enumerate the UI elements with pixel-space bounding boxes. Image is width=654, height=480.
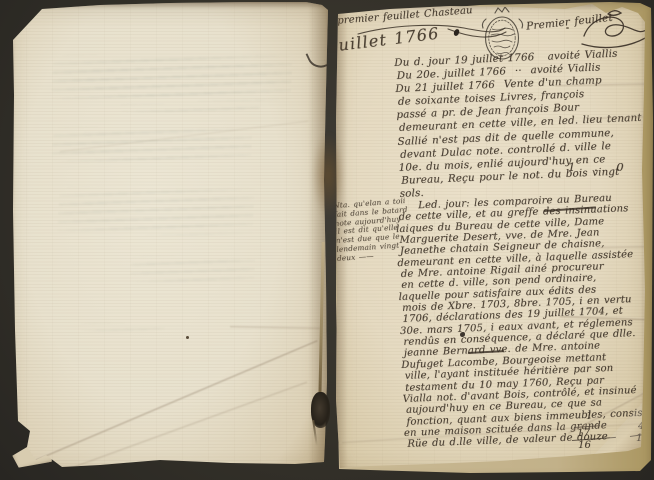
ink-bleedthrough	[51, 54, 294, 102]
fold-crease	[230, 325, 320, 330]
left-page	[0, 0, 330, 480]
fold-crease	[29, 339, 317, 464]
ink-bleedthrough	[80, 322, 166, 332]
ink-blot	[460, 332, 465, 337]
sum-bot-left: 16	[578, 440, 591, 451]
manuscript-scan: premier feuillet Chasteau Premier feu	[0, 0, 654, 480]
ink-speck	[186, 336, 189, 339]
right-page: premier feuillet Chasteau Premier feu	[330, 0, 654, 480]
ink-bleedthrough	[129, 255, 255, 283]
gutter-stain	[312, 133, 344, 217]
margin-amount: 1 . 0	[568, 160, 628, 174]
ink-bleedthrough	[120, 103, 261, 113]
entry-block-2: Led. jour: les comparoire au Bureaude ce…	[398, 191, 654, 450]
sum-mid-left: 17	[577, 428, 590, 439]
entry-block-1: Du d. jour 19 juillet 1766 avoité Vialli…	[394, 47, 650, 201]
ink-speck	[566, 27, 569, 29]
ink-bleedthrough	[57, 186, 256, 236]
